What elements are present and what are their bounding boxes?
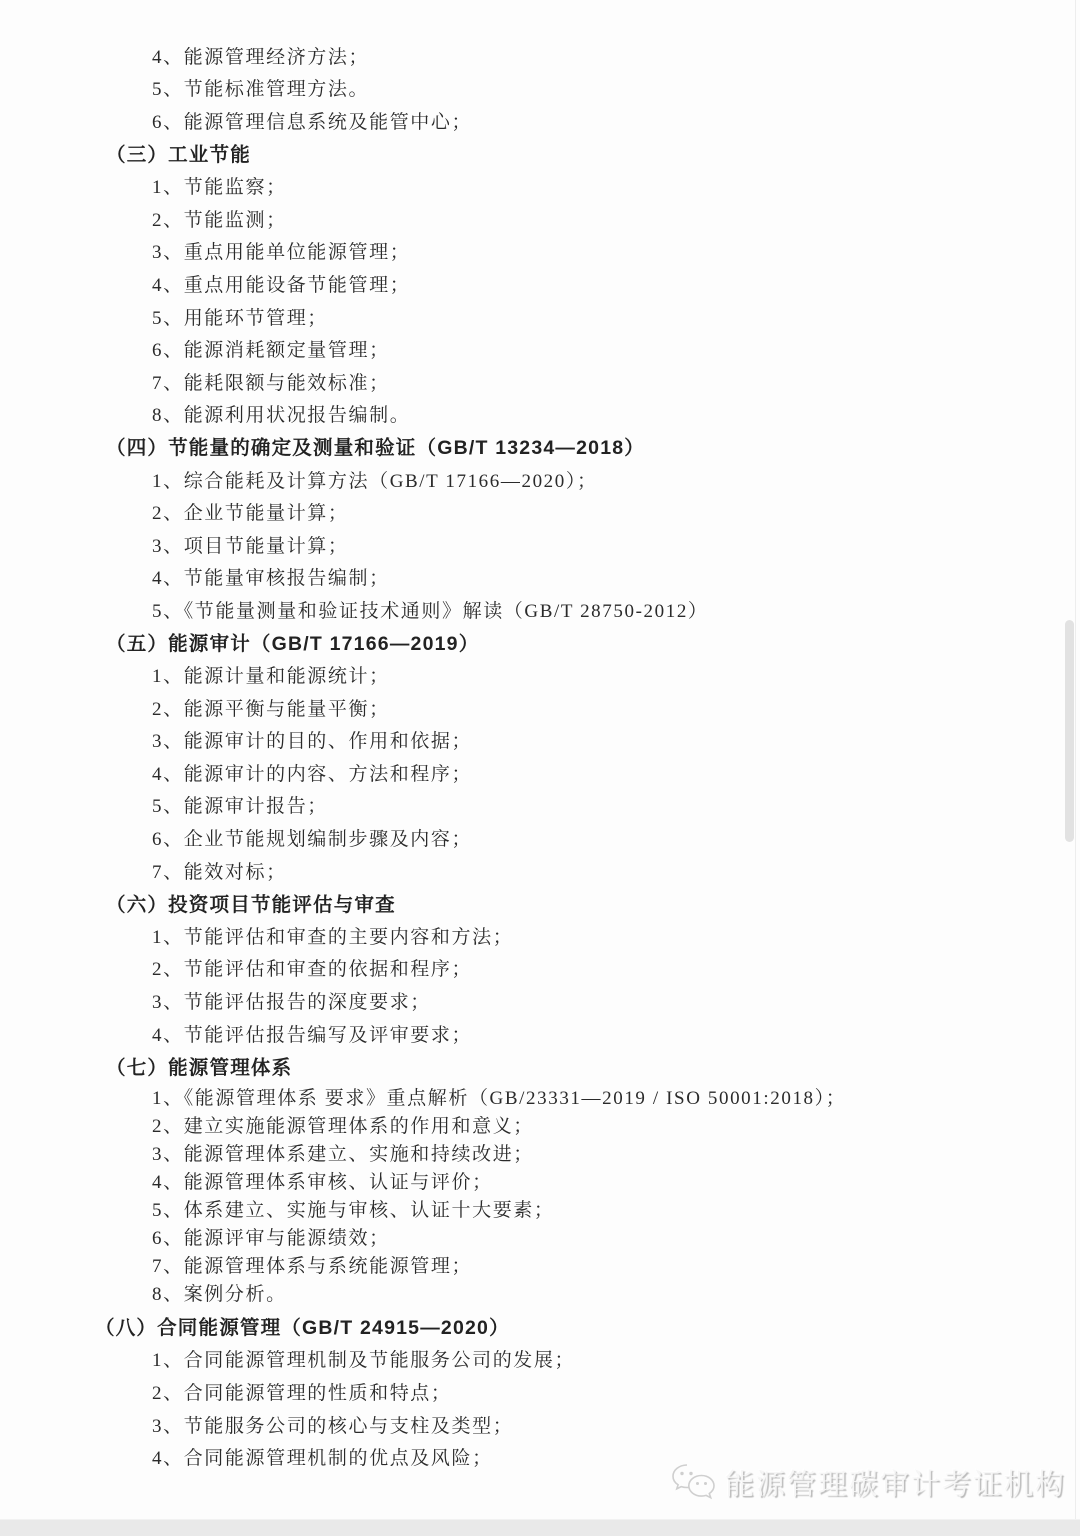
outline-item: 8、案例分析。 — [0, 1278, 1080, 1306]
section-heading: （三）工业节能 — [0, 137, 1080, 170]
outline-item: 4、能源管理体系审核、认证与评价； — [0, 1166, 1080, 1194]
footer-bar — [0, 1519, 1080, 1536]
outline-item: 3、能源管理体系建立、实施和持续改进； — [0, 1138, 1080, 1166]
outline-item: 3、项目节能量计算； — [0, 528, 1080, 561]
outline-item: 4、节能量审核报告编制； — [0, 561, 1080, 594]
outline-item: 3、能源审计的目的、作用和依据； — [0, 723, 1080, 756]
outline-item: 2、能源平衡与能量平衡； — [0, 691, 1080, 724]
outline-item: 5、能源审计报告； — [0, 789, 1080, 822]
outline-item: 5、节能标准管理方法。 — [0, 72, 1080, 105]
outline-item: 2、企业节能量计算； — [0, 495, 1080, 528]
outline-item: 5、体系建立、实施与审核、认证十大要素； — [0, 1194, 1080, 1222]
outline-item: 7、能耗限额与能效标准； — [0, 365, 1080, 398]
wechat-icon — [670, 1460, 718, 1504]
watermark: 能源管理碳审计考证机构 — [670, 1460, 1066, 1504]
scrollbar-thumb[interactable] — [1065, 620, 1074, 842]
outline-item: 4、节能评估报告编写及评审要求； — [0, 1017, 1080, 1050]
outline-item: 1、合同能源管理机制及节能服务公司的发展； — [0, 1343, 1080, 1376]
outline-item: 3、节能服务公司的核心与支柱及类型； — [0, 1408, 1080, 1441]
outline-item: 1、综合能耗及计算方法（GB/T 17166—2020）； — [0, 463, 1080, 496]
section-heading: （七）能源管理体系 — [0, 1049, 1080, 1082]
outline-item: 2、合同能源管理的性质和特点； — [0, 1375, 1080, 1408]
section-heading: （四）节能量的确定及测量和验证（GB/T 13234—2018） — [0, 430, 1080, 463]
document-body: 4、能源管理经济方法；5、节能标准管理方法。6、能源管理信息系统及能管中心；（三… — [0, 0, 1080, 1473]
outline-item: 2、节能监测； — [0, 202, 1080, 235]
document-page: 4、能源管理经济方法；5、节能标准管理方法。6、能源管理信息系统及能管中心；（三… — [0, 0, 1080, 1536]
outline-item: 4、重点用能设备节能管理； — [0, 267, 1080, 300]
outline-item: 1、节能监察； — [0, 169, 1080, 202]
page-edge-line — [1075, 0, 1076, 1520]
outline-item: 7、能效对标； — [0, 854, 1080, 887]
watermark-label: 能源管理碳审计考证机构 — [725, 1462, 1066, 1503]
outline-item: 1、节能评估和审查的主要内容和方法； — [0, 919, 1080, 952]
outline-item: 5、《节能量测量和验证技术通则》解读（GB/T 28750-2012） — [0, 593, 1080, 626]
outline-item: 4、能源审计的内容、方法和程序； — [0, 756, 1080, 789]
outline-item: 7、能源管理体系与系统能源管理； — [0, 1250, 1080, 1278]
outline-item: 5、用能环节管理； — [0, 300, 1080, 333]
outline-item: 8、能源利用状况报告编制。 — [0, 398, 1080, 431]
section-heading: （八）合同能源管理（GB/T 24915—2020） — [0, 1310, 1080, 1343]
outline-item: 3、重点用能单位能源管理； — [0, 235, 1080, 268]
outline-item: 4、能源管理经济方法； — [0, 39, 1080, 72]
section-heading: （六）投资项目节能评估与审查 — [0, 886, 1080, 919]
outline-item: 3、节能评估报告的深度要求； — [0, 984, 1080, 1017]
outline-item: 2、节能评估和审查的依据和程序； — [0, 952, 1080, 985]
outline-item: 2、建立实施能源管理体系的作用和意义； — [0, 1110, 1080, 1138]
outline-item: 1、《能源管理体系 要求》重点解析（GB/23331—2019 / ISO 50… — [0, 1082, 1080, 1110]
outline-item: 1、能源计量和能源统计； — [0, 658, 1080, 691]
section-heading: （五）能源审计（GB/T 17166—2019） — [0, 626, 1080, 659]
outline-item: 6、能源评审与能源绩效； — [0, 1222, 1080, 1250]
outline-item: 6、能源消耗额定量管理； — [0, 332, 1080, 365]
outline-item: 6、企业节能规划编制步骤及内容； — [0, 821, 1080, 854]
outline-item: 6、能源管理信息系统及能管中心； — [0, 104, 1080, 137]
